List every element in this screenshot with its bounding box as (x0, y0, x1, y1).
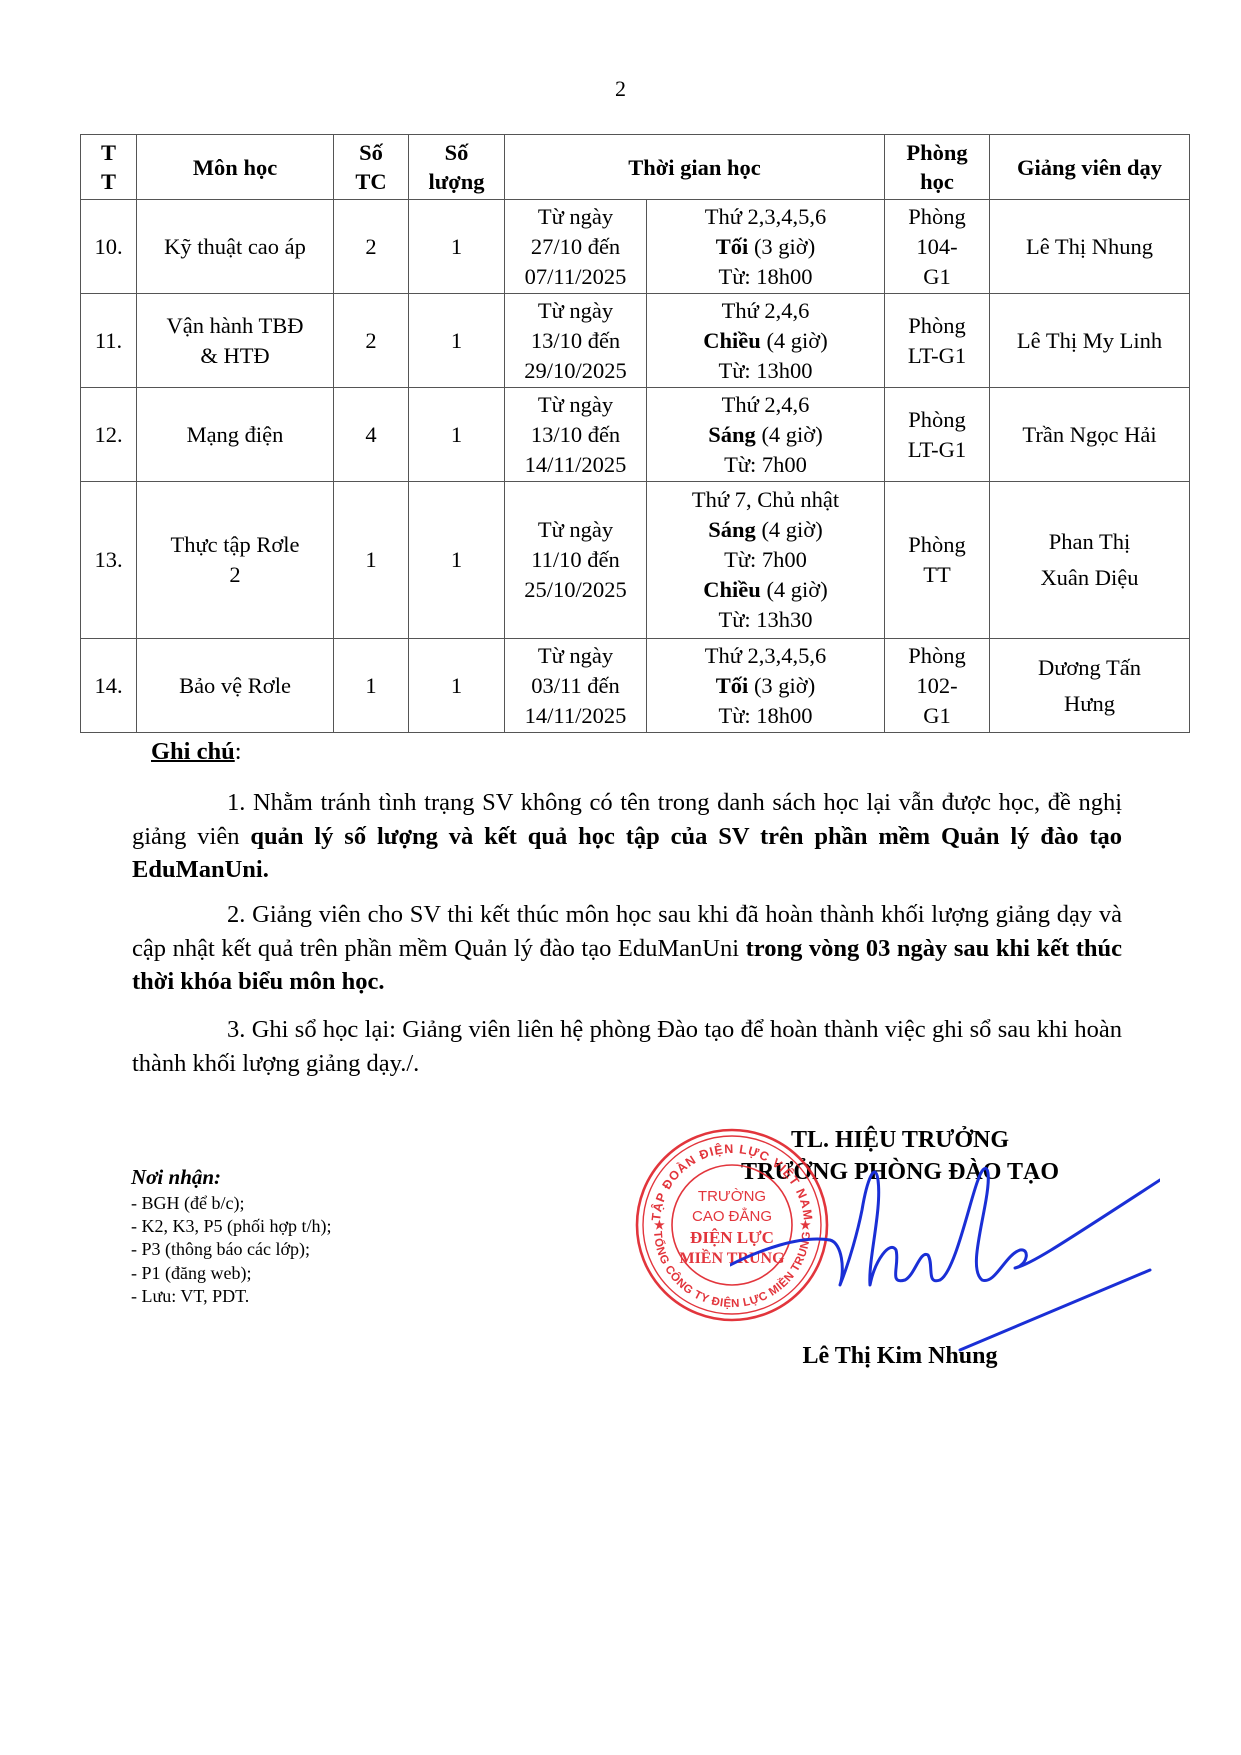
header-credits: SốTC (334, 135, 409, 200)
room-line: Phòng (908, 313, 966, 338)
recipient-item: - Lưu: VT, PDT. (131, 1285, 332, 1308)
header-subject: Môn học (137, 135, 334, 200)
header-room: Phònghọc (885, 135, 990, 200)
cell-schedule: Thứ 2,4,6Sáng (4 giờ)Từ: 7h00 (647, 388, 885, 482)
cell-schedule: Thứ 2,3,4,5,6Tối (3 giờ)Từ: 18h00 (647, 200, 885, 294)
cell-tt: 10. (81, 200, 137, 294)
cell-schedule: Thứ 2,3,4,5,6Tối (3 giờ)Từ: 18h00 (647, 639, 885, 733)
signature-line-2: TRƯỞNG PHÒNG ĐÀO TẠO (660, 1156, 1140, 1188)
subject-line: Kỹ thuật cao áp (164, 234, 306, 259)
table-row: 14.Bảo vệ Rơle11Từ ngày03/11 đến14/11/20… (81, 639, 1190, 733)
signature-line-1: TL. HIỆU TRƯỞNG (660, 1124, 1140, 1156)
cell-tt: 11. (81, 294, 137, 388)
subject-line: Bảo vệ Rơle (179, 673, 291, 698)
date-line: Từ ngày (538, 204, 613, 229)
teacher-line: Phan Thị (1049, 529, 1130, 554)
cell-credits: 2 (334, 294, 409, 388)
teacher-line: Lê Thị My Linh (1017, 328, 1162, 353)
date-line: 29/10/2025 (524, 358, 627, 383)
cell-teacher: Dương TấnHưng (990, 639, 1190, 733)
cell-subject: Bảo vệ Rơle (137, 639, 334, 733)
room-line: LT-G1 (908, 343, 966, 368)
recipient-item: - P3 (thông báo các lớp); (131, 1238, 332, 1261)
cell-quantity: 1 (409, 639, 505, 733)
cell-date-range: Từ ngày03/11 đến14/11/2025 (505, 639, 647, 733)
cell-credits: 4 (334, 388, 409, 482)
date-line: 03/11 đến (531, 673, 620, 698)
cell-tt: 14. (81, 639, 137, 733)
cell-credits: 1 (334, 482, 409, 639)
room-line: LT-G1 (908, 437, 966, 462)
header-time: Thời gian học (505, 135, 885, 200)
table-header-row: TT Môn học SốTC Sốlượng Thời gian học Ph… (81, 135, 1190, 200)
date-line: Từ ngày (538, 643, 613, 668)
svg-text:ĐIỆN LỰC: ĐIỆN LỰC (690, 1228, 774, 1247)
svg-text:TRƯỜNG: TRƯỜNG (698, 1188, 766, 1205)
recipients-block: Nơi nhận: - BGH (để b/c);- K2, K3, P5 (p… (131, 1162, 332, 1308)
date-line: 07/11/2025 (525, 264, 627, 289)
subject-line: Vận hành TBĐ (166, 313, 303, 338)
cell-subject: Thực tập Rơle2 (137, 482, 334, 639)
recipient-item: - BGH (để b/c); (131, 1192, 332, 1215)
cell-schedule: Thứ 7, Chủ nhậtSáng (4 giờ)Từ: 7h00Chiều… (647, 482, 885, 639)
cell-tt: 13. (81, 482, 137, 639)
cell-tt: 12. (81, 388, 137, 482)
subject-line: Mạng điện (187, 422, 284, 447)
signer-name: Lê Thị Kim Nhung (660, 1343, 1140, 1370)
cell-teacher: Phan ThịXuân Diệu (990, 482, 1190, 639)
cell-subject: Kỹ thuật cao áp (137, 200, 334, 294)
notes-title: Ghi chú: (151, 738, 242, 766)
subject-line: 2 (229, 562, 240, 587)
date-line: 14/11/2025 (525, 703, 627, 728)
svg-text:CAO ĐẲNG: CAO ĐẲNG (692, 1207, 772, 1225)
date-line: 13/10 đến (531, 328, 620, 353)
retake-schedule-table: TT Môn học SốTC Sốlượng Thời gian học Ph… (80, 134, 1190, 733)
room-line: Phòng (908, 407, 966, 432)
teacher-line: Trần Ngọc Hải (1022, 422, 1156, 447)
cell-teacher: Lê Thị Nhung (990, 200, 1190, 294)
note-item: 3. Ghi sổ học lại: Giảng viên liên hệ ph… (132, 1013, 1122, 1080)
cell-teacher: Trần Ngọc Hải (990, 388, 1190, 482)
teacher-line: Hưng (1064, 691, 1115, 716)
room-line: 102- (916, 673, 957, 698)
room-line: Phòng (908, 643, 966, 668)
cell-room: PhòngTT (885, 482, 990, 639)
date-line: Từ ngày (538, 298, 613, 323)
cell-teacher: Lê Thị My Linh (990, 294, 1190, 388)
note-item: 2. Giảng viên cho SV thi kết thúc môn họ… (132, 898, 1122, 999)
subject-line: Thực tập Rơle (170, 532, 299, 557)
room-line: 104- (916, 234, 957, 259)
page-number: 2 (0, 76, 1241, 102)
header-tt: TT (81, 135, 137, 200)
teacher-line: Xuân Diệu (1040, 565, 1138, 590)
cell-room: PhòngLT-G1 (885, 294, 990, 388)
date-line: 25/10/2025 (524, 577, 627, 602)
teacher-line: Dương Tấn (1038, 655, 1141, 680)
subject-line: & HTĐ (200, 343, 269, 368)
teacher-line: Lê Thị Nhung (1026, 234, 1153, 259)
room-line: TT (923, 562, 951, 587)
cell-room: PhòngLT-G1 (885, 388, 990, 482)
cell-subject: Mạng điện (137, 388, 334, 482)
cell-credits: 2 (334, 200, 409, 294)
date-line: 14/11/2025 (525, 452, 627, 477)
date-line: Từ ngày (538, 517, 613, 542)
table-row: 13.Thực tập Rơle211Từ ngày11/10 đến25/10… (81, 482, 1190, 639)
date-line: Từ ngày (538, 392, 613, 417)
cell-quantity: 1 (409, 294, 505, 388)
room-line: Phòng (908, 532, 966, 557)
date-line: 13/10 đến (531, 422, 620, 447)
header-quantity: Sốlượng (409, 135, 505, 200)
table-row: 11.Vận hành TBĐ& HTĐ21Từ ngày13/10 đến29… (81, 294, 1190, 388)
date-line: 11/10 đến (531, 547, 620, 572)
signature-title: TL. HIỆU TRƯỞNG TRƯỞNG PHÒNG ĐÀO TẠO (660, 1124, 1140, 1188)
recipient-item: - P1 (đăng web); (131, 1262, 332, 1285)
room-line: Phòng (908, 204, 966, 229)
note-item: 1. Nhằm tránh tình trạng SV không có tên… (132, 786, 1122, 887)
cell-subject: Vận hành TBĐ& HTĐ (137, 294, 334, 388)
cell-date-range: Từ ngày13/10 đến14/11/2025 (505, 388, 647, 482)
recipient-item: - K2, K3, P5 (phối hợp t/h); (131, 1215, 332, 1238)
cell-date-range: Từ ngày11/10 đến25/10/2025 (505, 482, 647, 639)
recipients-title: Nơi nhận: (131, 1162, 332, 1192)
table-row: 10.Kỹ thuật cao áp21Từ ngày27/10 đến07/1… (81, 200, 1190, 294)
svg-text:★: ★ (800, 1218, 811, 1232)
svg-text:MIỀN TRUNG: MIỀN TRUNG (679, 1248, 785, 1267)
cell-date-range: Từ ngày27/10 đến07/11/2025 (505, 200, 647, 294)
cell-date-range: Từ ngày13/10 đến29/10/2025 (505, 294, 647, 388)
cell-quantity: 1 (409, 482, 505, 639)
cell-room: Phòng104-G1 (885, 200, 990, 294)
svg-text:TỔNG CÔNG TY ĐIỆN LỰC MIỀN TRU: TỔNG CÔNG TY ĐIỆN LỰC MIỀN TRUNG (651, 1231, 813, 1311)
room-line: G1 (923, 264, 951, 289)
cell-room: Phòng102-G1 (885, 639, 990, 733)
cell-credits: 1 (334, 639, 409, 733)
cell-schedule: Thứ 2,4,6Chiều (4 giờ)Từ: 13h00 (647, 294, 885, 388)
table-row: 12.Mạng điện41Từ ngày13/10 đến14/11/2025… (81, 388, 1190, 482)
date-line: 27/10 đến (531, 234, 620, 259)
room-line: G1 (923, 703, 951, 728)
cell-quantity: 1 (409, 388, 505, 482)
cell-quantity: 1 (409, 200, 505, 294)
header-teacher: Giảng viên dạy (990, 135, 1190, 200)
svg-text:★: ★ (654, 1218, 665, 1232)
